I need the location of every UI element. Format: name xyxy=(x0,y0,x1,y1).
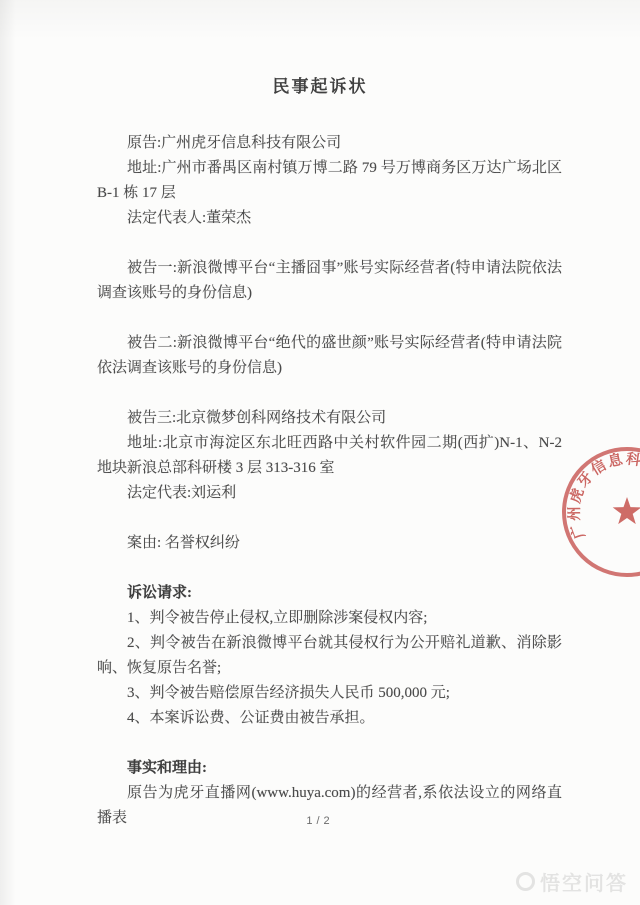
seal-company-text: 广州虎牙信息科技有限公司 xyxy=(566,449,640,541)
paragraph-claim-1: 1、判令被告停止侵权,立即删除涉案侵权内容; xyxy=(97,606,562,631)
paragraph-cause-of-action: 案由: 名誉权纠纷 xyxy=(97,531,562,556)
heading-facts-and-reasons: 事实和理由: xyxy=(97,756,562,781)
heading-claims: 诉讼请求: xyxy=(97,581,562,606)
paragraph-defendant-1: 被告一:新浪微博平台“主播囧事”账号实际经营者(特申请法院依法调查该账号的身份信… xyxy=(97,256,562,306)
page-number: 1/2 xyxy=(0,815,640,827)
paragraph-claim-2: 2、判令被告在新浪微博平台就其侵权行为公开赔礼道歉、消除影响、恢复原告名誉; xyxy=(97,631,562,681)
watermark-logo-icon xyxy=(516,872,535,891)
watermark-text: 悟空问答 xyxy=(540,867,628,896)
watermark: 悟空问答 xyxy=(516,867,628,896)
paragraph-defendant-3: 被告三:北京微梦创科网络技术有限公司 xyxy=(97,406,562,431)
company-seal: 广州虎牙信息科技有限公司 xyxy=(550,440,640,590)
paragraph-claim-3: 3、判令被告赔偿原告经济损失人民币 500,000 元; xyxy=(97,681,562,706)
svg-text:广州虎牙信息科技有限公司: 广州虎牙信息科技有限公司 xyxy=(566,449,640,541)
paragraph-claim-4: 4、本案诉讼费、公证费由被告承担。 xyxy=(97,706,562,731)
paragraph-plaintiff-address: 地址:广州市番禺区南村镇万博二路 79 号万博商务区万达广场北区 B-1 栋 1… xyxy=(97,156,562,206)
paragraph-defendant-2: 被告二:新浪微博平台“绝代的盛世颜”账号实际经营者(特申请法院依法调查该账号的身… xyxy=(97,331,562,381)
document-body: 原告:广州虎牙信息科技有限公司 地址:广州市番禺区南村镇万博二路 79 号万博商… xyxy=(97,131,562,831)
seal-star-icon xyxy=(613,497,640,524)
paragraph-plaintiff-legal-rep: 法定代表人:董荣杰 xyxy=(97,206,562,231)
paragraph-plaintiff: 原告:广州虎牙信息科技有限公司 xyxy=(97,131,562,156)
paragraph-defendant-3-address: 地址:北京市海淀区东北旺西路中关村软件园二期(西扩)N-1、N-2 地块新浪总部… xyxy=(97,431,562,481)
document-title: 民事起诉状 xyxy=(0,72,640,97)
paragraph-defendant-3-legal-rep: 法定代表:刘运利 xyxy=(97,481,562,506)
document-photo: 民事起诉状 原告:广州虎牙信息科技有限公司 地址:广州市番禺区南村镇万博二路 7… xyxy=(0,0,640,905)
